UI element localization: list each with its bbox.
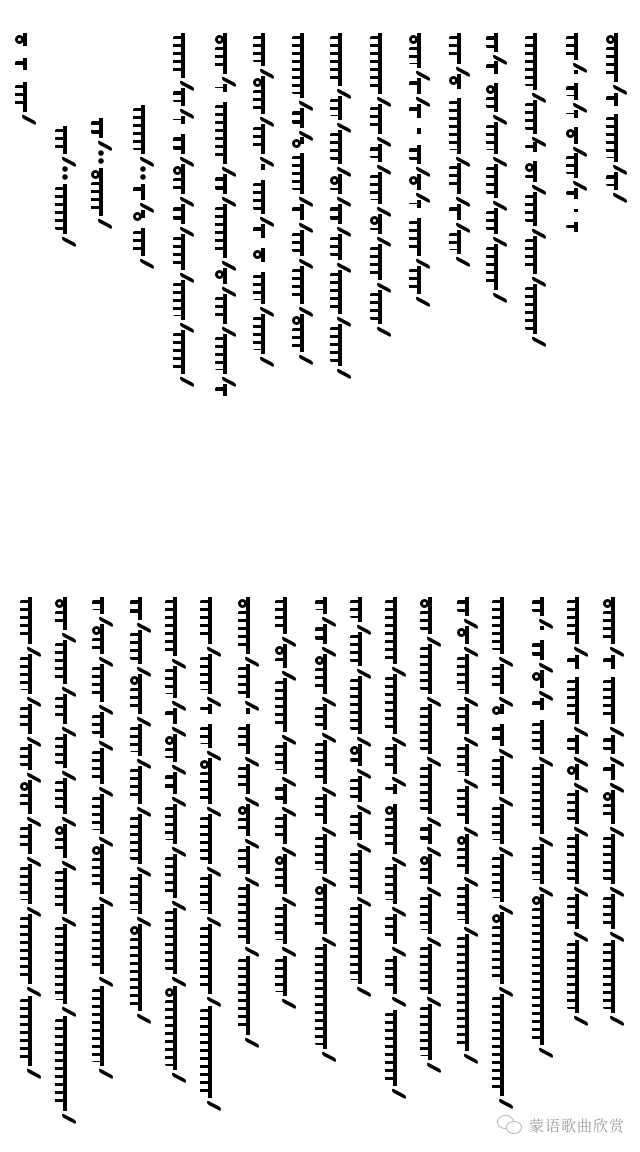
word	[489, 724, 515, 752]
word	[272, 956, 298, 1002]
word	[212, 294, 238, 330]
word	[312, 740, 338, 790]
word	[454, 786, 480, 830]
word	[212, 174, 238, 200]
word	[289, 204, 315, 226]
word	[367, 33, 393, 100]
word	[250, 314, 276, 360]
word	[17, 914, 43, 990]
word	[272, 742, 298, 780]
word	[367, 290, 393, 330]
word	[563, 70, 589, 80]
colon-mark	[140, 166, 146, 180]
word	[446, 230, 472, 260]
word	[235, 664, 261, 704]
word	[483, 244, 509, 296]
colon-mark	[98, 150, 104, 164]
word	[162, 666, 188, 704]
word	[522, 142, 548, 158]
word	[600, 834, 626, 890]
word	[89, 794, 115, 840]
word	[563, 83, 589, 106]
word	[483, 122, 509, 160]
word	[17, 704, 43, 740]
word	[88, 168, 114, 222]
word	[563, 110, 589, 124]
word	[312, 654, 338, 700]
word	[446, 163, 472, 200]
word	[382, 914, 408, 950]
word	[197, 924, 223, 1000]
word	[250, 180, 276, 220]
word	[489, 597, 515, 660]
word	[489, 912, 515, 990]
word	[347, 812, 373, 846]
word	[522, 284, 548, 340]
word	[89, 748, 115, 790]
word	[483, 164, 509, 204]
word	[529, 894, 555, 1051]
word	[250, 164, 276, 176]
word	[197, 704, 223, 720]
word	[529, 670, 555, 694]
word	[289, 230, 315, 262]
word	[417, 704, 443, 760]
word	[522, 236, 548, 280]
word	[212, 102, 238, 170]
word	[564, 735, 590, 760]
word	[600, 677, 626, 730]
word	[564, 764, 590, 786]
word	[563, 127, 589, 150]
word	[347, 744, 373, 772]
word	[170, 116, 196, 130]
word	[235, 597, 261, 660]
word	[483, 33, 509, 58]
word	[603, 33, 629, 88]
word	[197, 724, 223, 754]
word	[235, 708, 261, 720]
word	[564, 894, 590, 935]
word	[162, 854, 188, 904]
word	[347, 904, 373, 990]
word	[289, 153, 315, 200]
word	[446, 33, 472, 70]
word	[563, 222, 589, 238]
word	[522, 100, 548, 140]
word	[162, 804, 188, 850]
word	[367, 172, 393, 210]
word	[162, 597, 188, 662]
word	[89, 712, 115, 744]
word	[127, 674, 153, 720]
word	[235, 804, 261, 842]
word	[603, 114, 629, 168]
word	[347, 597, 373, 628]
word	[17, 864, 43, 910]
word	[564, 834, 590, 890]
word	[529, 640, 555, 666]
word	[130, 105, 156, 160]
word	[382, 597, 408, 670]
word	[89, 624, 115, 660]
word	[212, 204, 238, 264]
word	[382, 1010, 408, 1092]
word	[289, 314, 315, 358]
word	[127, 597, 153, 626]
word	[446, 204, 472, 226]
word	[529, 698, 555, 716]
word	[454, 704, 480, 740]
word	[250, 124, 276, 160]
word	[197, 874, 223, 920]
word	[529, 844, 555, 890]
word	[489, 994, 515, 1102]
word	[130, 184, 156, 206]
word	[367, 104, 393, 140]
word	[12, 58, 38, 76]
word	[417, 824, 443, 850]
word	[600, 597, 626, 650]
word	[170, 164, 196, 200]
word	[162, 734, 188, 768]
word	[250, 224, 276, 244]
word	[127, 630, 153, 670]
word	[489, 804, 515, 850]
word	[417, 894, 443, 940]
word	[406, 78, 432, 100]
word	[235, 846, 261, 880]
word	[212, 268, 238, 290]
word	[489, 854, 515, 908]
word	[89, 904, 115, 980]
word	[382, 674, 408, 740]
word	[406, 128, 432, 140]
word	[327, 324, 353, 372]
word	[522, 192, 548, 232]
word	[454, 654, 480, 700]
word	[197, 597, 223, 650]
word	[406, 104, 432, 124]
word	[289, 266, 315, 310]
word	[564, 677, 590, 730]
word	[367, 244, 393, 286]
word	[12, 82, 38, 118]
wechat-icon	[497, 1115, 523, 1135]
word	[563, 33, 589, 66]
word	[170, 204, 196, 230]
word	[446, 74, 472, 95]
word	[17, 780, 43, 820]
word	[52, 734, 78, 774]
word	[52, 597, 78, 636]
word	[197, 1006, 223, 1104]
word	[382, 956, 408, 1000]
word	[170, 280, 196, 326]
word	[417, 597, 443, 640]
word	[563, 153, 589, 184]
word	[130, 228, 156, 262]
word	[52, 184, 78, 240]
word	[170, 134, 196, 160]
word	[89, 986, 115, 1072]
word	[197, 814, 223, 870]
word	[88, 118, 114, 144]
word	[197, 758, 223, 810]
word	[170, 88, 196, 112]
word	[212, 384, 238, 402]
word	[522, 161, 548, 188]
word	[483, 208, 509, 240]
word	[52, 924, 78, 1010]
word	[563, 209, 589, 218]
word	[272, 784, 298, 810]
word	[289, 137, 315, 150]
word	[603, 93, 629, 112]
word	[52, 126, 78, 160]
word	[272, 814, 298, 850]
word	[406, 266, 432, 300]
watermark: 蒙语歌曲欣赏	[497, 1112, 625, 1138]
word	[162, 772, 188, 800]
word	[170, 33, 196, 84]
word	[600, 735, 626, 760]
word	[406, 174, 432, 196]
word	[272, 854, 298, 900]
word	[382, 784, 408, 800]
word	[52, 694, 78, 730]
word	[603, 172, 629, 196]
word	[272, 678, 298, 738]
word	[170, 234, 196, 276]
word	[272, 644, 298, 674]
word	[312, 704, 338, 736]
word	[89, 597, 115, 620]
word	[327, 33, 353, 92]
word	[52, 778, 78, 820]
word	[17, 744, 43, 776]
word	[312, 794, 338, 830]
word	[127, 766, 153, 810]
word	[250, 33, 276, 72]
word	[12, 33, 38, 52]
watermark-text: 蒙语歌曲欣赏	[529, 1115, 625, 1136]
word	[564, 790, 590, 830]
word	[529, 764, 555, 840]
word	[406, 218, 432, 262]
word	[235, 764, 261, 800]
word	[454, 626, 480, 650]
word	[454, 834, 480, 880]
word	[162, 708, 188, 730]
word	[127, 924, 153, 1017]
word	[312, 624, 338, 650]
word	[250, 248, 276, 268]
word	[454, 744, 480, 782]
word	[406, 33, 432, 74]
word	[600, 790, 626, 830]
word	[235, 884, 261, 950]
word	[564, 655, 590, 675]
word	[564, 597, 590, 650]
word	[52, 640, 78, 690]
word	[312, 597, 338, 620]
word	[406, 145, 432, 170]
word	[17, 654, 43, 700]
word	[235, 956, 261, 1041]
word	[417, 1004, 443, 1066]
word	[529, 626, 555, 636]
word	[272, 597, 298, 640]
word	[162, 986, 188, 1076]
word	[454, 597, 480, 622]
word	[417, 854, 443, 890]
word	[272, 904, 298, 950]
word	[600, 764, 626, 786]
word	[17, 597, 43, 650]
word	[367, 214, 393, 240]
word	[17, 996, 43, 1072]
word	[327, 174, 353, 200]
word	[235, 724, 261, 760]
word	[382, 804, 408, 860]
word	[327, 96, 353, 126]
word	[327, 130, 353, 170]
word	[52, 868, 78, 920]
word	[489, 664, 515, 700]
word	[454, 934, 480, 1057]
word	[197, 654, 223, 700]
word	[347, 776, 373, 808]
word	[367, 144, 393, 168]
word	[327, 234, 353, 266]
word	[382, 744, 408, 780]
word	[417, 764, 443, 820]
word	[250, 272, 276, 310]
word	[127, 724, 153, 762]
word	[312, 944, 338, 1055]
word	[127, 874, 153, 920]
colon-mark	[62, 166, 68, 180]
word	[289, 108, 315, 134]
word	[162, 908, 188, 980]
word	[347, 676, 373, 740]
word	[406, 200, 432, 214]
word	[127, 814, 153, 870]
word	[483, 83, 509, 118]
word	[312, 884, 338, 940]
word	[17, 824, 43, 860]
word	[563, 188, 589, 205]
word	[212, 334, 238, 380]
word	[347, 632, 373, 672]
word	[529, 720, 555, 760]
word	[522, 33, 548, 96]
word	[212, 84, 238, 98]
word	[327, 204, 353, 230]
word	[312, 834, 338, 880]
word	[327, 270, 353, 320]
word	[489, 704, 515, 720]
word	[446, 98, 472, 160]
word	[417, 944, 443, 1000]
word	[89, 664, 115, 708]
word	[250, 76, 276, 120]
word	[212, 33, 238, 80]
word	[130, 210, 156, 224]
word	[89, 844, 115, 900]
word	[417, 644, 443, 700]
word	[600, 894, 626, 935]
word	[600, 655, 626, 675]
word	[347, 850, 373, 900]
word	[289, 33, 315, 104]
word	[170, 330, 196, 380]
word	[454, 884, 480, 930]
word	[529, 597, 555, 622]
word	[564, 940, 590, 1019]
word	[52, 824, 78, 864]
word	[600, 940, 626, 1019]
word	[52, 1016, 78, 1117]
word	[382, 864, 408, 910]
word	[489, 756, 515, 800]
word	[483, 61, 509, 80]
